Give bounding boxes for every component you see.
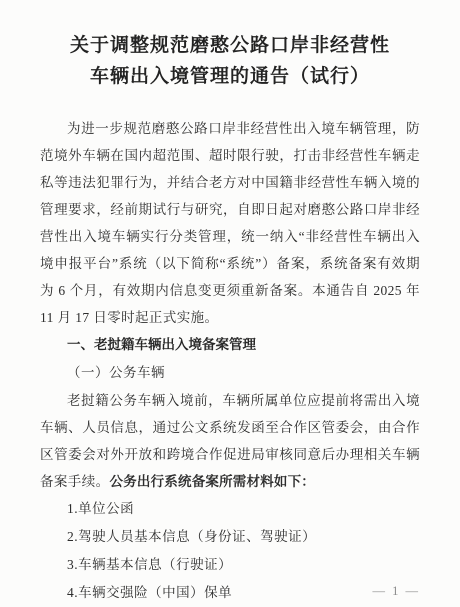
page-number: — 1 — [373, 584, 421, 599]
document-title: 关于调整规范磨憨公路口岸非经营性 车辆出入境管理的通告（试行） [40, 30, 420, 92]
list-item: 4.车辆交强险（中国）保单 [40, 579, 420, 607]
document-title-line-1: 关于调整规范磨憨公路口岸非经营性 [40, 30, 420, 61]
list-item: 2.驾驶人员基本信息（身份证、驾驶证） [40, 523, 420, 551]
document-title-line-2: 车辆出入境管理的通告（试行） [40, 61, 420, 92]
intro-paragraph: 为进一步规范磨憨公路口岸非经营性出入境车辆管理，防范境外车辆在国内超范围、超时限… [40, 115, 420, 331]
materials-lead-in-bold: 公务出行系统备案所需材料如下： [110, 474, 316, 489]
section-1-heading: 一、老挝籍车辆出入境备案管理 [40, 331, 420, 359]
materials-list: 1.单位公函 2.驾驶人员基本信息（身份证、驾驶证） 3.车辆基本信息（行驶证）… [40, 495, 420, 607]
list-item: 1.单位公函 [40, 495, 420, 523]
list-item: 3.车辆基本信息（行驶证） [40, 551, 420, 579]
document-page: 关于调整规范磨憨公路口岸非经营性 车辆出入境管理的通告（试行） 为进一步规范磨憨… [0, 0, 460, 607]
official-vehicle-paragraph: 老挝籍公务车辆入境前，车辆所属单位应提前将需出入境车辆、人员信息，通过公文系统发… [40, 387, 420, 495]
section-1-subheading: （一）公务车辆 [40, 359, 420, 387]
